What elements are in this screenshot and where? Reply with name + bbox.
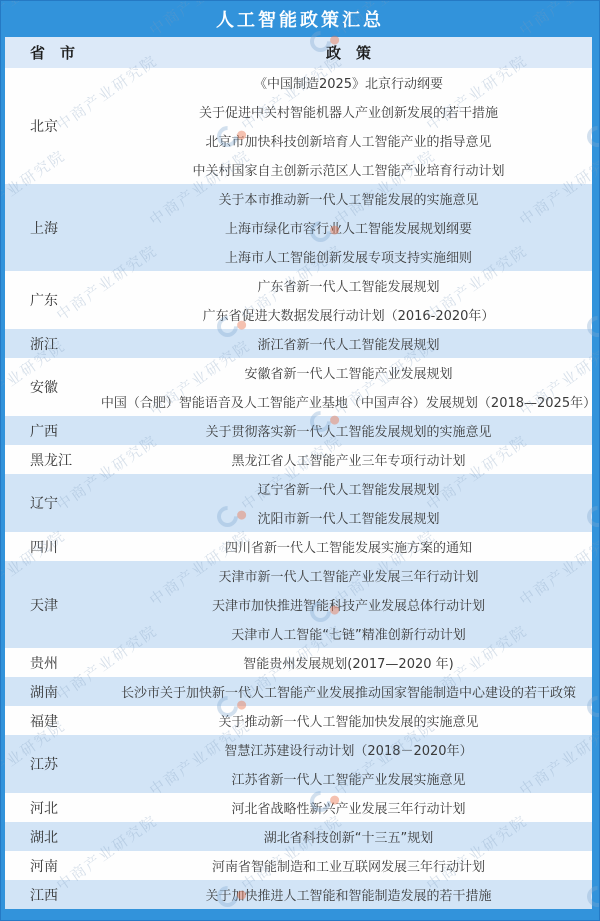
province-group: 浙江浙江省新一代人工智能发展规划 <box>5 329 592 358</box>
policies-cell: 《中国制造2025》北京行动纲要关于促进中关村智能机器人产业创新发展的若干措施北… <box>105 68 592 184</box>
province-group: 贵州智能贵州发展规划(2017—2020 年) <box>5 648 592 677</box>
province-group: 河北河北省战略性新兴产业发展三年行动计划 <box>5 793 592 822</box>
policies-cell: 湖北省科技创新“十三五”规划 <box>105 822 592 851</box>
policy-row: 河南省智能制造和工业互联网发展三年行动计划 <box>105 851 592 880</box>
policies-cell: 河北省战略性新兴产业发展三年行动计划 <box>105 793 592 822</box>
ai-policy-table: 人工智能政策汇总 省 市 政 策 北京《中国制造2025》北京行动纲要关于促进中… <box>0 0 600 921</box>
table-rows-container: 北京《中国制造2025》北京行动纲要关于促进中关村智能机器人产业创新发展的若干措… <box>5 68 592 909</box>
province-group: 河南河南省智能制造和工业互联网发展三年行动计划 <box>5 851 592 880</box>
province-group: 湖北湖北省科技创新“十三五”规划 <box>5 822 592 851</box>
policies-cell: 黑龙江省人工智能产业三年专项行动计划 <box>105 445 592 474</box>
policy-row: 《中国制造2025》北京行动纲要 <box>105 68 592 97</box>
policy-row: 关于贯彻落实新一代人工智能发展规划的实施意见 <box>105 416 592 445</box>
province-cell: 广西 <box>5 416 105 445</box>
province-cell: 湖北 <box>5 822 105 851</box>
policy-row: 关于促进中关村智能机器人产业创新发展的若干措施 <box>105 97 592 126</box>
policy-row: 浙江省新一代人工智能发展规划 <box>105 329 592 358</box>
policy-row: 黑龙江省人工智能产业三年专项行动计划 <box>105 445 592 474</box>
province-group: 江西关于加快推进人工智能和智能制造发展的若干措施 <box>5 880 592 909</box>
province-cell: 辽宁 <box>5 474 105 532</box>
policy-table-body: 省 市 政 策 北京《中国制造2025》北京行动纲要关于促进中关村智能机器人产业… <box>5 37 592 909</box>
policies-cell: 智慧江苏建设行动计划（2018－2020年）江苏省新一代人工智能产业发展实施意见 <box>105 735 592 793</box>
policies-cell: 长沙市关于加快新一代人工智能产业发展推动国家智能制造中心建设的若干政策 <box>105 677 592 706</box>
policy-row: 中关村国家自主创新示范区人工智能产业培育行动计划 <box>105 155 592 184</box>
policy-row: 沈阳市新一代人工智能发展规划 <box>105 503 592 532</box>
policy-row: 天津市加快推进智能科技产业发展总体行动计划 <box>105 590 592 619</box>
policy-row: 河北省战略性新兴产业发展三年行动计划 <box>105 793 592 822</box>
policies-cell: 关于加快推进人工智能和智能制造发展的若干措施 <box>105 880 592 909</box>
province-group: 广西关于贯彻落实新一代人工智能发展规划的实施意见 <box>5 416 592 445</box>
province-cell: 江西 <box>5 880 105 909</box>
policy-row: 关于本市推动新一代人工智能发展的实施意见 <box>105 184 592 213</box>
policy-row: 中国（合肥）智能语音及人工智能产业基地（中国声谷）发展规划（2018—2025年… <box>105 387 592 416</box>
policies-cell: 四川省新一代人工智能发展实施方案的通知 <box>105 532 592 561</box>
table-title: 人工智能政策汇总 <box>1 1 599 37</box>
policies-cell: 广东省新一代人工智能发展规划广东省促进大数据发展行动计划（2016-2020年） <box>105 271 592 329</box>
province-group: 广东广东省新一代人工智能发展规划广东省促进大数据发展行动计划（2016-2020… <box>5 271 592 329</box>
province-cell: 上海 <box>5 184 105 271</box>
column-header-policy: 政 策 <box>105 42 592 63</box>
policies-cell: 智能贵州发展规划(2017—2020 年) <box>105 648 592 677</box>
policies-cell: 辽宁省新一代人工智能发展规划沈阳市新一代人工智能发展规划 <box>105 474 592 532</box>
policies-cell: 关于贯彻落实新一代人工智能发展规划的实施意见 <box>105 416 592 445</box>
province-group: 湖南长沙市关于加快新一代人工智能产业发展推动国家智能制造中心建设的若干政策 <box>5 677 592 706</box>
province-cell: 浙江 <box>5 329 105 358</box>
province-group: 上海关于本市推动新一代人工智能发展的实施意见上海市绿化市容行业人工智能发展规划纲… <box>5 184 592 271</box>
policy-row: 智慧江苏建设行动计划（2018－2020年） <box>105 735 592 764</box>
province-cell: 江苏 <box>5 735 105 793</box>
policies-cell: 关于本市推动新一代人工智能发展的实施意见上海市绿化市容行业人工智能发展规划纲要上… <box>105 184 592 271</box>
column-header-province: 省 市 <box>5 42 105 63</box>
province-group: 安徽安徽省新一代人工智能产业发展规划中国（合肥）智能语音及人工智能产业基地（中国… <box>5 358 592 416</box>
province-cell: 黑龙江 <box>5 445 105 474</box>
policies-cell: 关于推动新一代人工智能加快发展的实施意见 <box>105 706 592 735</box>
policies-cell: 河南省智能制造和工业互联网发展三年行动计划 <box>105 851 592 880</box>
province-group: 北京《中国制造2025》北京行动纲要关于促进中关村智能机器人产业创新发展的若干措… <box>5 68 592 184</box>
province-cell: 安徽 <box>5 358 105 416</box>
province-cell: 福建 <box>5 706 105 735</box>
province-cell: 北京 <box>5 68 105 184</box>
policy-row: 北京市加快科技创新培育人工智能产业的指导意见 <box>105 126 592 155</box>
policy-row: 长沙市关于加快新一代人工智能产业发展推动国家智能制造中心建设的若干政策 <box>105 677 592 706</box>
policy-row: 湖北省科技创新“十三五”规划 <box>105 822 592 851</box>
province-group: 天津天津市新一代人工智能产业发展三年行动计划天津市加快推进智能科技产业发展总体行… <box>5 561 592 648</box>
province-group: 四川四川省新一代人工智能发展实施方案的通知 <box>5 532 592 561</box>
province-group: 黑龙江黑龙江省人工智能产业三年专项行动计划 <box>5 445 592 474</box>
province-group: 辽宁辽宁省新一代人工智能发展规划沈阳市新一代人工智能发展规划 <box>5 474 592 532</box>
policy-row: 上海市绿化市容行业人工智能发展规划纲要 <box>105 213 592 242</box>
province-cell: 河北 <box>5 793 105 822</box>
policy-row: 辽宁省新一代人工智能发展规划 <box>105 474 592 503</box>
policies-cell: 安徽省新一代人工智能产业发展规划中国（合肥）智能语音及人工智能产业基地（中国声谷… <box>105 358 592 416</box>
table-title-text: 人工智能政策汇总 <box>216 6 384 32</box>
province-group: 江苏智慧江苏建设行动计划（2018－2020年）江苏省新一代人工智能产业发展实施… <box>5 735 592 793</box>
policy-row: 四川省新一代人工智能发展实施方案的通知 <box>105 532 592 561</box>
province-cell: 广东 <box>5 271 105 329</box>
province-cell: 四川 <box>5 532 105 561</box>
province-cell: 天津 <box>5 561 105 648</box>
footer-strip <box>1 909 599 920</box>
province-cell: 河南 <box>5 851 105 880</box>
province-cell: 贵州 <box>5 648 105 677</box>
policy-row: 上海市人工智能创新发展专项支持实施细则 <box>105 242 592 271</box>
policy-row: 天津市人工智能“七链”精准创新行动计划 <box>105 619 592 648</box>
policy-row: 江苏省新一代人工智能产业发展实施意见 <box>105 764 592 793</box>
policies-cell: 浙江省新一代人工智能发展规划 <box>105 329 592 358</box>
policy-row: 广东省促进大数据发展行动计划（2016-2020年） <box>105 300 592 329</box>
policy-row: 安徽省新一代人工智能产业发展规划 <box>105 358 592 387</box>
policies-cell: 天津市新一代人工智能产业发展三年行动计划天津市加快推进智能科技产业发展总体行动计… <box>105 561 592 648</box>
policy-row: 智能贵州发展规划(2017—2020 年) <box>105 648 592 677</box>
policy-row: 广东省新一代人工智能发展规划 <box>105 271 592 300</box>
policy-row: 天津市新一代人工智能产业发展三年行动计划 <box>105 561 592 590</box>
table-header-row: 省 市 政 策 <box>5 37 592 68</box>
province-group: 福建关于推动新一代人工智能加快发展的实施意见 <box>5 706 592 735</box>
policy-row: 关于推动新一代人工智能加快发展的实施意见 <box>105 706 592 735</box>
policy-row: 关于加快推进人工智能和智能制造发展的若干措施 <box>105 880 592 909</box>
province-cell: 湖南 <box>5 677 105 706</box>
